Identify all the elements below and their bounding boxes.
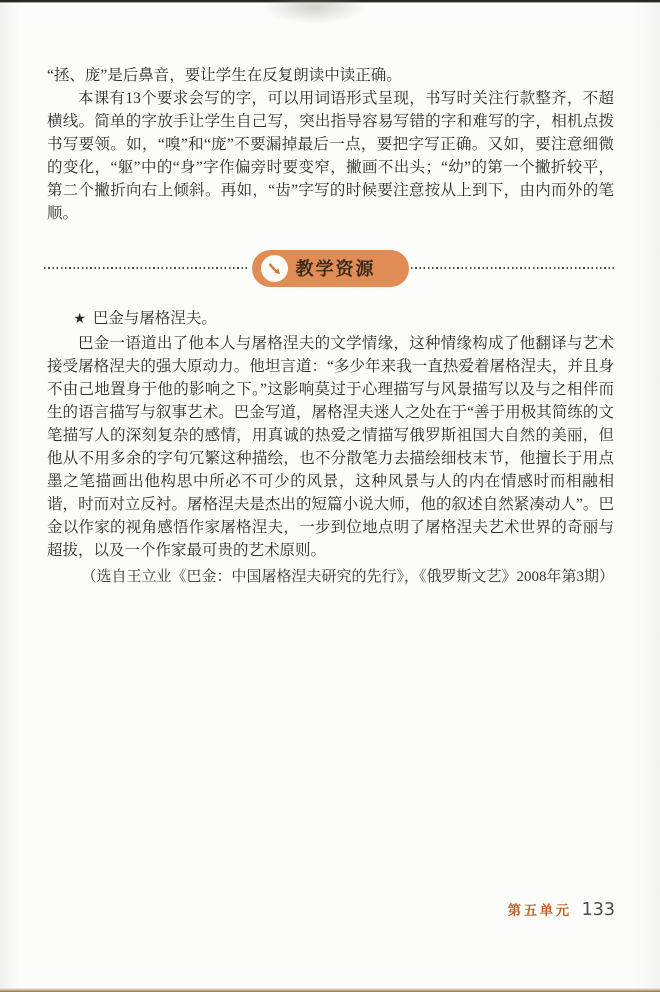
section-badge: 教学资源: [252, 250, 409, 287]
scan-edge-bottom: [0, 988, 660, 992]
page-number: 133: [582, 900, 615, 920]
page-footer: 第五单元 133: [508, 899, 615, 920]
dotted-rule-left: [44, 267, 250, 269]
arrow-down-right-icon: [261, 255, 288, 282]
intro-section: “拯、庞”是后鼻音，要让学生在反复朗读中读正确。 本课有13个要求会写的字，可以…: [47, 64, 614, 225]
intro-paragraph-1: “拯、庞”是后鼻音，要让学生在反复朗读中读正确。: [47, 64, 614, 87]
resource-title-text: 巴金与屠格涅夫。: [93, 310, 217, 327]
resource-section: ★巴金与屠格涅夫。 巴金一语道出了他本人与屠格涅夫的文学情缘，这种情缘构成了他翻…: [47, 307, 614, 589]
star-icon: ★: [73, 312, 86, 327]
dotted-rule-right: [411, 267, 617, 269]
book-page: “拯、庞”是后鼻音，要让学生在反复朗读中读正确。 本课有13个要求会写的字，可以…: [0, 0, 660, 992]
section-header: 教学资源: [44, 249, 616, 287]
resource-title-line: ★巴金与屠格涅夫。: [47, 307, 614, 331]
resource-body: 巴金一语道出了他本人与屠格涅夫的文学情缘，这种情缘构成了他翻译与艺术接受屠格涅夫…: [47, 332, 614, 562]
unit-label: 第五单元: [508, 899, 572, 919]
section-title: 教学资源: [296, 255, 376, 281]
intro-paragraph-2: 本课有13个要求会写的字，可以用词语形式呈现，书写时关注行款整齐，不超横线。简单…: [47, 87, 614, 225]
scan-smudge: [262, 0, 367, 24]
citation-line: （选自王立业《巴金：中国屠格涅夫研究的先行》，《俄罗斯文艺》2008年第3期）: [47, 566, 614, 589]
